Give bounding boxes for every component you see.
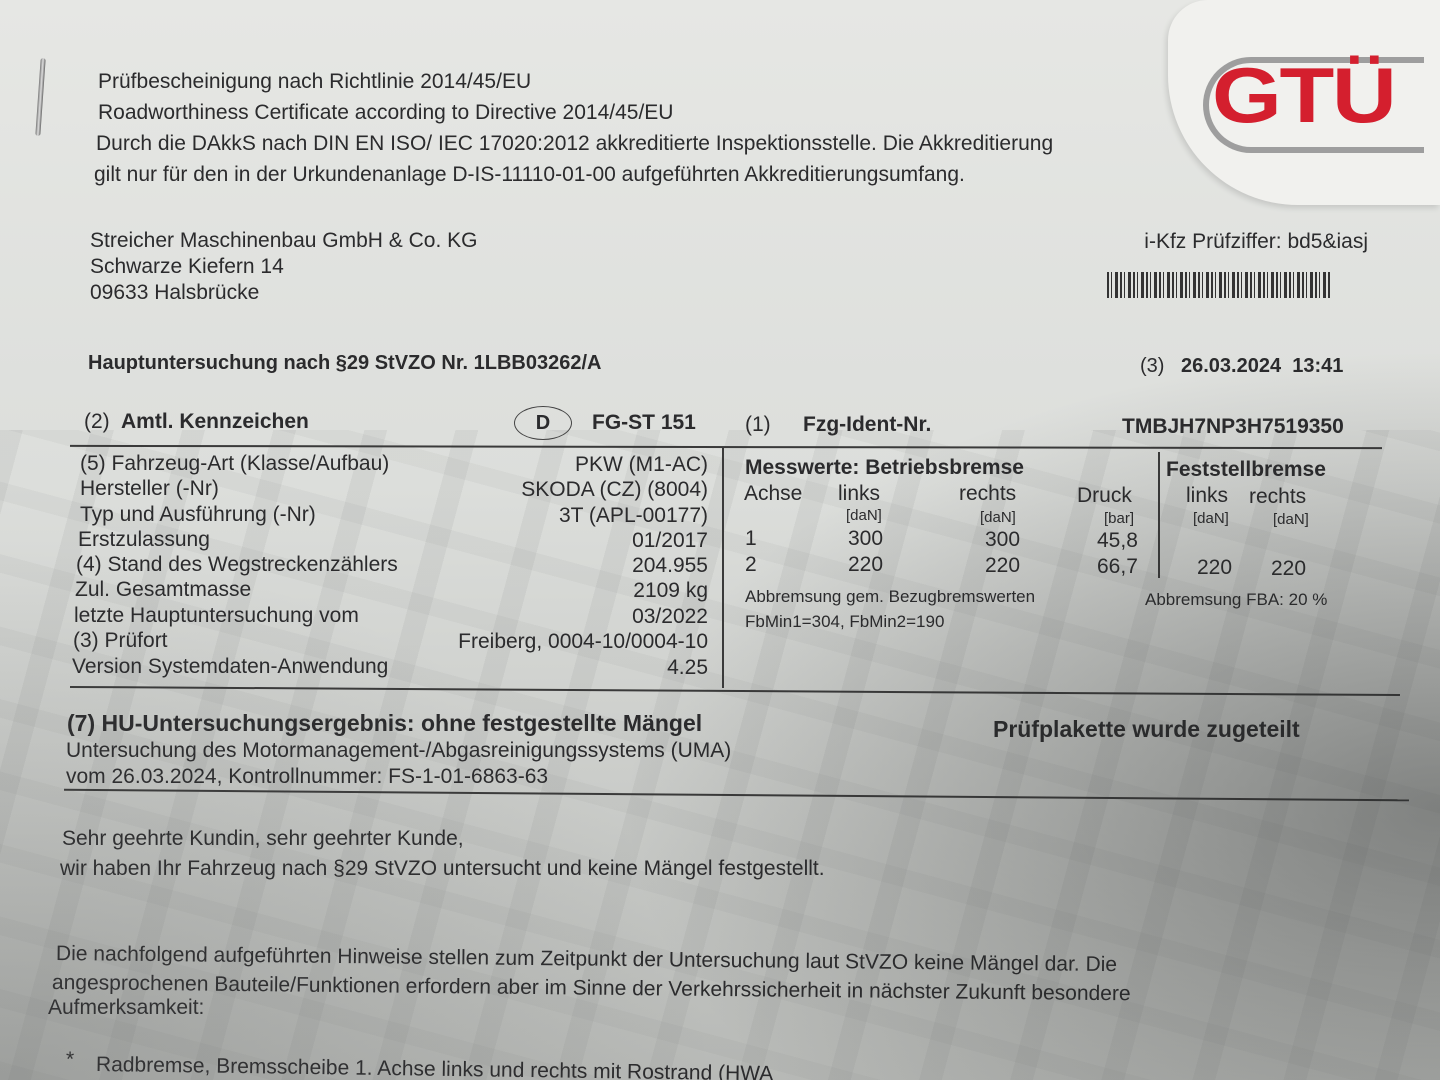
parking-col-links: links (1186, 484, 1228, 508)
company-street: Schwarze Kiefern 14 (90, 255, 284, 279)
vehicle-row-value: 2109 kg (633, 579, 708, 603)
vehicle-row-value: 4.25 (667, 656, 708, 680)
vehicle-row-value: PKW (M1-AC) (575, 453, 708, 477)
vehicle-row-label: Hersteller (-Nr) (80, 477, 219, 501)
company-city: 09633 Halsbrücke (90, 281, 259, 305)
vehicle-row-label: (4) Stand des Wegstreckenzählers (76, 553, 398, 577)
col-achse: Achse (744, 482, 802, 506)
vin-ref: (1) (745, 413, 771, 437)
axle-1-left: 300 (848, 527, 883, 551)
col-rechts: rechts (959, 482, 1016, 506)
notice-line-3: Aufmerksamkeit: (48, 996, 204, 1020)
vehicle-row-value: 03/2022 (632, 605, 708, 629)
fbmin-values: FbMin1=304, FbMin2=190 (745, 612, 944, 632)
result-title: (7) HU-Untersuchungsergebnis: ohne festg… (67, 710, 702, 737)
unit-links: [daN] (846, 507, 882, 524)
staple (35, 58, 45, 136)
axle-1: 1 (745, 527, 757, 551)
unit-druck: [bar] (1104, 510, 1134, 527)
axle-2-pressure: 66,7 (1097, 555, 1138, 579)
vehicle-row-value: 3T (APL-00177) (559, 504, 708, 528)
vehicle-row-label: Typ und Ausführung (-Nr) (80, 503, 316, 527)
vehicle-row-label: Zul. Gesamtmasse (75, 578, 251, 602)
accreditation-line-1: Durch die DAkkS nach DIN EN ISO/ IEC 170… (96, 132, 1053, 156)
check-code: i-Kfz Prüfziffer: bd5&iasj (1144, 230, 1368, 254)
divider-line (64, 789, 1409, 802)
vin-label: Fzg-Ident-Nr. (803, 413, 931, 437)
parking-left-value: 220 (1197, 556, 1232, 580)
vin-value: TMBJH7NP3H7519350 (1122, 415, 1344, 439)
plate-ref: (2) (84, 410, 110, 434)
gtu-logo: GTÜ (1212, 50, 1394, 141)
unit-rechts: [daN] (980, 509, 1016, 526)
axle-2-left: 220 (848, 553, 883, 577)
plate-label: Amtl. Kennzeichen (121, 410, 309, 434)
sticker-status: Prüfplakette wurde zugeteilt (993, 716, 1300, 743)
country-code-oval: D (514, 406, 572, 440)
axle-2: 2 (745, 553, 757, 577)
service-brake-title: Messwerte: Betriebsbremse (745, 456, 1024, 480)
brake-column-divider (1158, 452, 1160, 578)
divider-line (70, 445, 1382, 449)
parking-col-rechts: rechts (1249, 485, 1306, 509)
fba-note: Abbremsung FBA: 20 % (1145, 590, 1327, 610)
col-druck: Druck (1077, 484, 1132, 508)
vehicle-row-label: letzte Hauptuntersuchung vom (74, 604, 359, 628)
parking-brake-title: Feststellbremse (1166, 458, 1326, 482)
vehicle-row-label: Version Systemdaten-Anwendung (72, 655, 388, 679)
plate-number: FG-ST 151 (592, 411, 696, 435)
notice-item-1: Radbremse, Bremsscheibe 1. Achse links u… (96, 1053, 774, 1080)
vehicle-row-label: Erstzulassung (78, 528, 210, 552)
parking-right-value: 220 (1271, 557, 1306, 581)
divider-line (70, 686, 1400, 696)
vehicle-row-value: SKODA (CZ) (8004) (521, 478, 708, 502)
vehicle-row-value: 204.955 (632, 554, 708, 578)
parking-unit-links: [daN] (1193, 510, 1229, 527)
barcode-icon (1107, 272, 1332, 298)
inspection-datetime: 26.03.2024 13:41 (1181, 355, 1343, 378)
certificate-title-de: Prüfbescheinigung nach Richtlinie 2014/4… (98, 70, 531, 94)
vehicle-row-value: 01/2017 (632, 529, 708, 553)
inspection-title: Hauptuntersuchung nach §29 StVZO Nr. 1LB… (88, 352, 601, 375)
vehicle-row-label: (3) Prüfort (73, 629, 168, 653)
column-divider (722, 448, 724, 688)
axle-1-pressure: 45,8 (1097, 529, 1138, 553)
datetime-ref: (3) (1140, 355, 1164, 378)
uma-line-1: Untersuchung des Motormanagement-/Abgasr… (66, 739, 731, 763)
greeting: Sehr geehrte Kundin, sehr geehrter Kunde… (62, 827, 464, 851)
notice-line-2: angesprochenen Bauteile/Funktionen erfor… (52, 971, 1131, 1006)
vehicle-row-label: (5) Fahrzeug-Art (Klasse/Aufbau) (80, 452, 389, 476)
axle-1-right: 300 (985, 528, 1020, 552)
accreditation-line-2: gilt nur für den in der Urkundenanlage D… (94, 163, 965, 187)
bullet-marker: * (66, 1048, 74, 1072)
axle-2-right: 220 (985, 554, 1020, 578)
certificate-title-en: Roadworthiness Certificate according to … (98, 101, 673, 125)
letter-line-1: wir haben Ihr Fahrzeug nach §29 StVZO un… (60, 857, 825, 881)
uma-line-2: vom 26.03.2024, Kontrollnummer: FS-1-01-… (66, 765, 548, 789)
braking-note: Abbremsung gem. Bezugbremswerten (745, 587, 1035, 607)
parking-unit-rechts: [daN] (1273, 511, 1309, 528)
col-links: links (838, 482, 880, 506)
vehicle-row-value: Freiberg, 0004-10/0004-10 (458, 630, 708, 654)
company-name: Streicher Maschinenbau GmbH & Co. KG (90, 229, 478, 253)
